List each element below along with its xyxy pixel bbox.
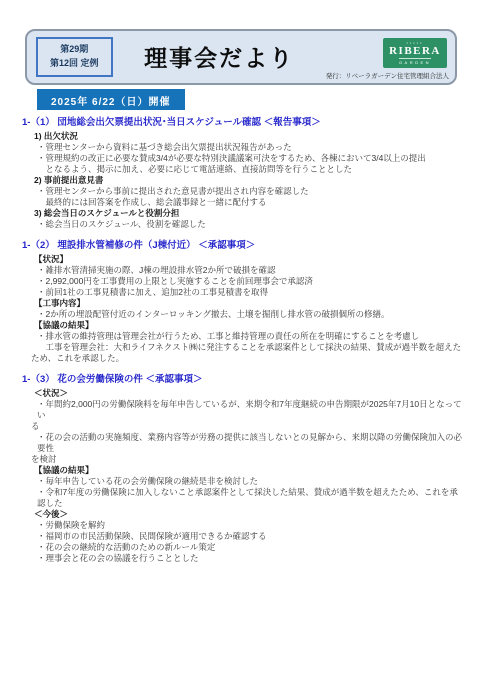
body-line: ・花の会の活動の実施頻度、業務内容等が労務の提供に該当しないとの見解から、来期以… [37,432,462,454]
block-subheading: 【協議の結果】 [34,465,480,476]
page-title: 理事会だより [113,40,326,73]
block: 【協議の結果】 ・排水管の維持管理は管理会社が行うため、工事と維持管理の責任の所… [0,320,480,364]
block-subheading: 【工事内容】 [34,298,480,309]
body-line: ため、これを承認した。 [31,353,462,364]
period-line2: 第12回 定例 [50,57,99,71]
logo-name: RIBERA [389,45,441,57]
block-subheading: 【協議の結果】 [34,320,480,331]
period-box: 第29期 第12回 定例 [36,37,113,77]
body-line: ・2,992,000円を工事費用の上限とし実施することを前回理事会で承認済 [37,276,462,287]
block: 【協議の結果】 ・毎年申告している花の会労働保険の継続是非を検討した ・令和7年… [0,465,480,509]
block: 3) 総会当日のスケジュールと役割分担 ・総会当日のスケジュール、役割を確認した [0,208,480,230]
body-line: ・福岡市の市民活動保険、民間保険が適用できるか確認する [37,531,462,542]
block: 1) 出欠状況 ・管理センターから資料に基づき総会出欠票提出状況報告があった ・… [0,131,480,175]
newsletter-page: 第29期 第12回 定例 理事会だより ••••• RIBERA GARDEN … [0,0,480,679]
section-1-1: 1-（1） 団地総会出欠票提出状況･当日スケジュール確認 ＜報告事項＞ 1) 出… [0,117,480,230]
block: 【状況】 ・雑排水管清掃実施の際、J棟の埋設排水管2か所で破損を確認 ・2,99… [0,254,480,298]
section-1-3: 1-（3） 花の会労働保険の件 ＜承認事項＞ ＜状況＞ ・年間約2,000円の労… [0,374,480,564]
body-line: を検討 [31,454,462,465]
body-line: ・管理センターから事前に提出された意見書が提出され内容を確認した [37,186,462,197]
newsletter-header: 第29期 第12回 定例 理事会だより ••••• RIBERA GARDEN … [25,29,457,85]
body-line: ・年間約2,000円の労働保険料を毎年申告しているが、来期令和7年度継続の申告期… [37,399,462,421]
block: 【工事内容】 ・2か所の埋設配管付近のインターロッキング撤去、土壌を掘削し排水管… [0,298,480,320]
block-subheading: 2) 事前提出意見書 [34,175,480,186]
section-heading: 1-（2） 埋設排水管補修の件（J棟付近） ＜承認事項＞ [22,240,470,252]
body-line: 工事を管理会社：大和ライフネクスト㈱に発注することを承認案件として採決の結果、賛… [37,342,462,353]
body-line: ・花の会の継続的な活動のための新ルール策定 [37,542,462,553]
section-heading: 1-（3） 花の会労働保険の件 ＜承認事項＞ [22,374,470,386]
block-subheading: 3) 総会当日のスケジュールと役割分担 [34,208,480,219]
body-line: ・労働保険を解約 [37,520,462,531]
logo-ornament: ••••• [406,41,423,45]
header-right: ••••• RIBERA GARDEN 発行：リベーラガーデン住宅管理組合法人 [326,38,449,80]
body-line: ・管理規約の改正に必要な賛成3/4が必要な特別決議議案可決をするため、各棟におい… [37,153,462,164]
body-line: ・雑排水管清掃実施の際、J棟の埋設排水管2か所で破損を確認 [37,265,462,276]
block-subheading: 1) 出欠状況 [34,131,480,142]
body-line: ・管理センターから資料に基づき総会出欠票提出状況報告があった [37,142,462,153]
block-subheading: ＜今後＞ [34,509,480,520]
period-line1: 第29期 [50,43,99,57]
body-line: となるよう、掲示に加え、必要に応じて電話連絡、直接訪問等を行うこととした [37,164,462,175]
body-line: ・前回1社の工事見積書に加え、追加2社の工事見積書を取得 [37,287,462,298]
block: ＜状況＞ ・年間約2,000円の労働保険料を毎年申告しているが、来期令和7年度継… [0,388,480,465]
block: 2) 事前提出意見書 ・管理センターから事前に提出された意見書が提出され内容を確… [0,175,480,208]
body-line: ・2か所の埋設配管付近のインターロッキング撤去、土壌を掘削し排水管の破損個所の修… [37,309,462,320]
newsletter-body: 1-（1） 団地総会出欠票提出状況･当日スケジュール確認 ＜報告事項＞ 1) 出… [0,112,480,564]
meeting-date-banner: 2025年 6/22（日）開催 [37,89,185,110]
body-line: る [31,421,462,432]
block-subheading: ＜状況＞ [34,388,480,399]
body-line: ・総会当日のスケジュール、役割を確認した [37,219,462,230]
publisher-line: 発行：リベーラガーデン住宅管理組合法人 [326,71,449,80]
block: ＜今後＞ ・労働保険を解約 ・福岡市の市民活動保険、民間保険が適用できるか確認す… [0,509,480,564]
body-line: 最終的には回答案を作成し、総会議事録と一緒に配付する [37,197,462,208]
body-line: ・排水管の維持管理は管理会社が行うため、工事と維持管理の責任の所在を明確にするこ… [37,331,462,342]
body-line: ・毎年申告している花の会労働保険の継続是非を検討した [37,476,462,487]
section-heading: 1-（1） 団地総会出欠票提出状況･当日スケジュール確認 ＜報告事項＞ [22,117,470,129]
logo-subname: GARDEN [399,58,431,65]
section-1-2: 1-（2） 埋設排水管補修の件（J棟付近） ＜承認事項＞ 【状況】 ・雑排水管清… [0,240,480,364]
body-line: ・理事会と花の会の協議を行うこととした [37,553,462,564]
block-subheading: 【状況】 [34,254,480,265]
ribera-logo: ••••• RIBERA GARDEN [383,38,447,68]
body-line: ・令和7年度の労働保険に加入しないこと承認案件として採決した結果、賛成が過半数を… [37,487,462,509]
